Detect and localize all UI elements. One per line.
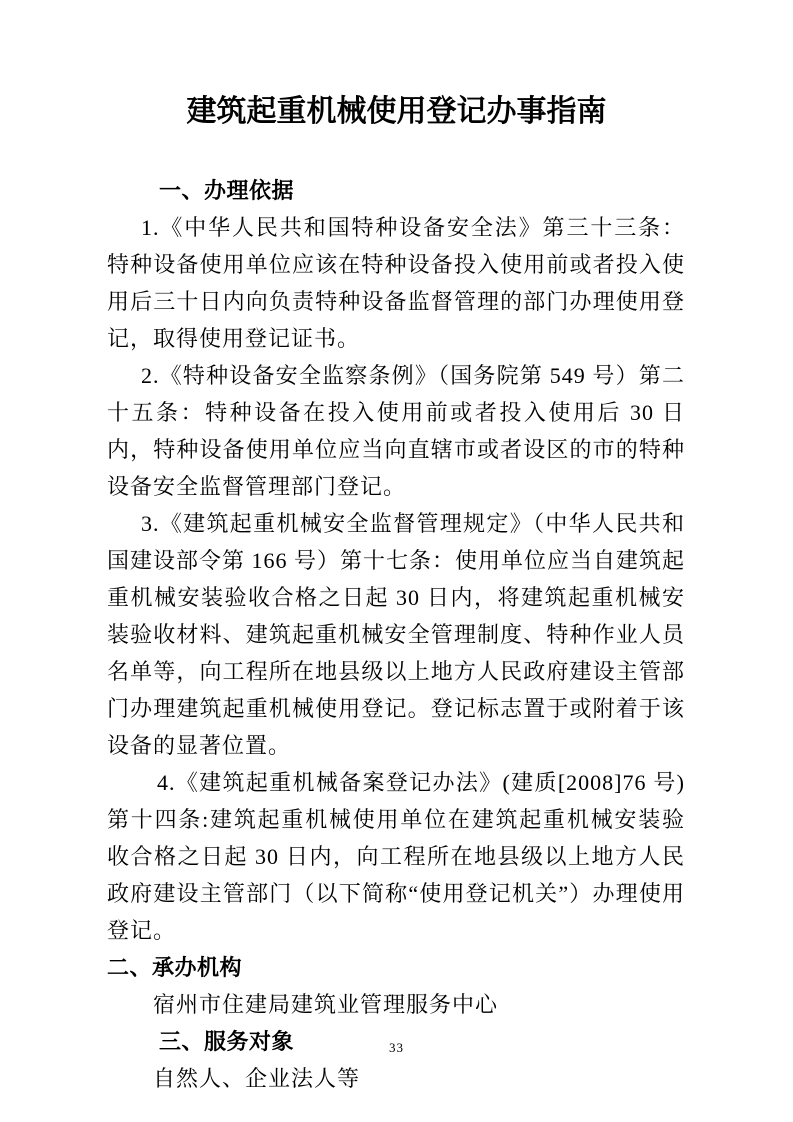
section-heading-agency: 二、承办机构 [107,949,685,986]
agency-name: 宿州市住建局建筑业管理服务中心 [107,986,685,1023]
legal-basis-paragraph-1: 1.《中华人民共和国特种设备安全法》第三十三条：特种设备使用单位应该在特种设备投… [107,209,685,357]
document-page: 建筑起重机械使用登记办事指南 一、办理依据 1.《中华人民共和国特种设备安全法》… [0,0,793,1122]
legal-basis-paragraph-3: 3.《建筑起重机械安全监督管理规定》（中华人民共和国建设部令第 166 号）第十… [107,505,685,764]
page-number: 33 [0,1040,793,1056]
document-title: 建筑起重机械使用登记办事指南 [0,0,793,131]
section-heading-basis: 一、办理依据 [107,172,685,209]
legal-basis-paragraph-2: 2.《特种设备安全监察条例》（国务院第 549 号）第二十五条：特种设备在投入使… [107,357,685,505]
legal-basis-paragraph-4: 4.《建筑起重机械备案登记办法》(建质[2008]76 号)第十四条:建筑起重机… [107,764,685,949]
document-body: 一、办理依据 1.《中华人民共和国特种设备安全法》第三十三条：特种设备使用单位应… [107,172,685,1097]
service-target-text: 自然人、企业法人等 [107,1060,685,1097]
